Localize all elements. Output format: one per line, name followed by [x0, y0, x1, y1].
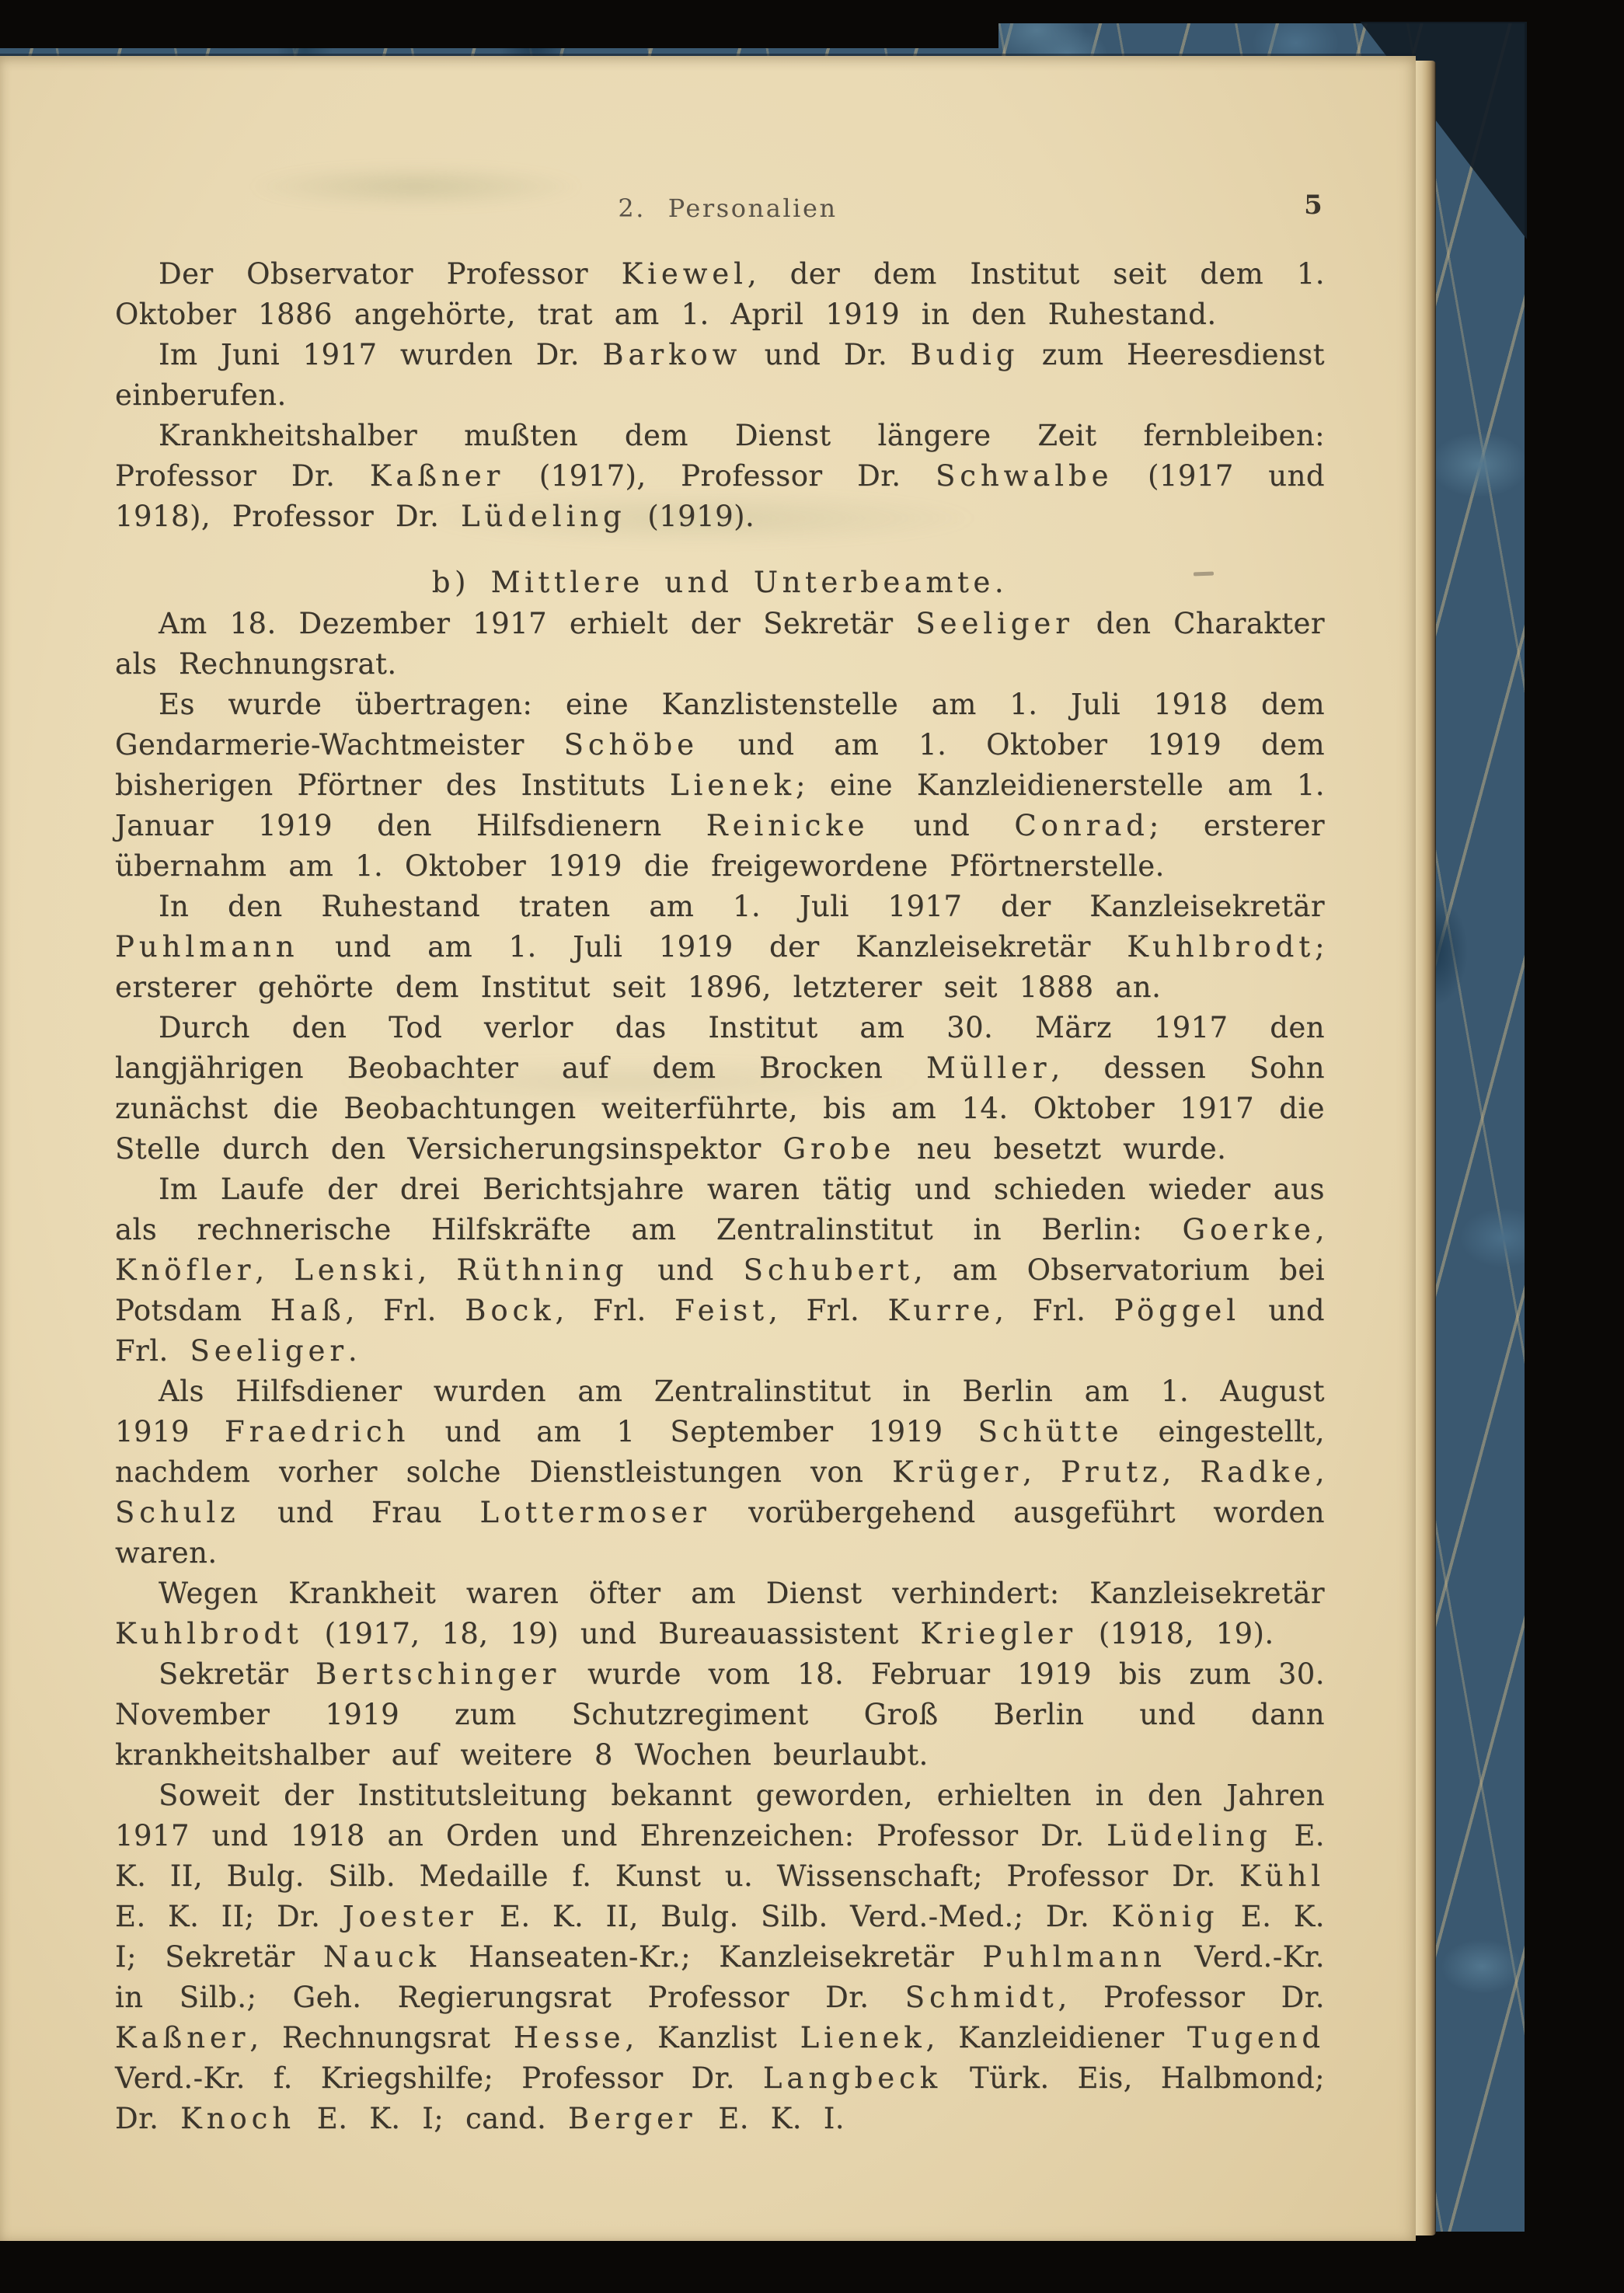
paragraph: Durch den Tod verlor das Institut am 30.… [115, 1008, 1325, 1169]
person-name: Bertschinger [315, 1657, 560, 1691]
text-run: und Dr. [741, 338, 910, 371]
person-name: Knoch [180, 2102, 295, 2135]
person-name: Lienek [800, 2021, 926, 2054]
book-page: 2. Personalien 5 Der Observator Professo… [0, 56, 1416, 2241]
page-stack-edge [1416, 61, 1436, 2236]
paragraph: Der Observator Professor Kiewel, der dem… [115, 254, 1325, 335]
person-name: Schöbe [564, 728, 699, 761]
person-name: Kaßner [370, 459, 504, 493]
person-name: Seeliger [190, 1334, 347, 1368]
person-name: Kiewel [622, 257, 748, 291]
page-number: 5 [1286, 190, 1340, 221]
paragraph: Im Laufe der drei Berichtsjahre waren tä… [115, 1169, 1325, 1371]
person-name: Schubert [744, 1253, 914, 1287]
text-run: Der Observator Professor [159, 257, 622, 291]
text-run: Hanseaten-Kr.; Kanzleisekretär [441, 1940, 982, 1974]
person-name: Hesse [514, 2021, 626, 2054]
paragraph: Am 18. Dezember 1917 erhielt der Sekretä… [115, 604, 1325, 685]
text-run: Im Juni 1917 wurden Dr. [159, 338, 602, 371]
text-run: , Frl. [995, 1294, 1114, 1327]
text-run: und [869, 809, 1014, 842]
person-name: Krüger [892, 1455, 1023, 1489]
person-name: Kriegler [920, 1617, 1077, 1650]
text-run: Verd.-Kr. f. Kriegshilfe; Professor Dr. [115, 2061, 763, 2095]
person-name: Lüdeling [1106, 1819, 1272, 1852]
person-name: König [1112, 1900, 1219, 1933]
text-run: und am 1 September 1919 [409, 1415, 978, 1448]
text-run: E. K. I. [697, 2102, 845, 2135]
paragraph: Soweit der Institutsleitung bekannt gewo… [115, 1776, 1325, 2139]
text-run: , Rechnungsrat [249, 2021, 513, 2054]
text-run: , [417, 1253, 456, 1287]
page-body-text: Der Observator Professor Kiewel, der dem… [115, 254, 1325, 2139]
person-name: Kurre [888, 1294, 995, 1327]
text-run: und am 1. Juli 1919 der Kanzleisekretär [299, 930, 1127, 964]
running-header: 2. Personalien [115, 193, 1325, 224]
person-name: Kaßner [115, 2021, 249, 2054]
person-name: Fraedrich [225, 1415, 409, 1448]
text-run: , [255, 1253, 294, 1287]
person-name: Berger [568, 2102, 697, 2135]
text-run: , [1162, 1455, 1200, 1489]
text-run: E. K. I; cand. [295, 2102, 568, 2135]
person-name: Radke [1200, 1455, 1315, 1489]
text-run: In den Ruhestand traten am 1. Juli 1917 … [159, 890, 1325, 923]
text-run: und Frau [240, 1496, 480, 1529]
text-run: , Professor Dr. [1058, 1981, 1325, 2014]
person-name: Goerke [1183, 1213, 1316, 1246]
text-run: , Frl. [768, 1294, 888, 1327]
text-run: und [628, 1253, 743, 1287]
paragraph: Als Hilfsdiener wurden am Zentralinstitu… [115, 1371, 1325, 1573]
person-name: Haß [270, 1294, 346, 1327]
text-run: , Kanzlist [625, 2021, 800, 2054]
person-name: Nauck [323, 1940, 441, 1974]
person-name: Conrad [1014, 809, 1148, 842]
person-name: Feist [674, 1294, 768, 1327]
person-name: Pöggel [1114, 1294, 1240, 1327]
paragraph-group-top: Der Observator Professor Kiewel, der dem… [115, 254, 1325, 537]
text-run: E. K. II, Bulg. Silb. Verd.-Med.; Dr. [478, 1900, 1112, 1933]
text-run: neu besetzt wurde. [895, 1132, 1226, 1166]
paragraph: Im Juni 1917 wurden Dr. Barkow und Dr. B… [115, 335, 1325, 416]
text-run: Wegen Krankheit waren öfter am Dienst ve… [159, 1577, 1325, 1610]
person-name: Lenski [294, 1253, 417, 1287]
person-name: Puhlmann [115, 930, 299, 964]
person-name: Schütte [978, 1415, 1124, 1448]
person-name: Kuhlbrodt [1127, 930, 1315, 964]
text-run: , Frl. [346, 1294, 465, 1327]
paragraph: In den Ruhestand traten am 1. Juli 1917 … [115, 887, 1325, 1008]
person-name: Seeliger [915, 607, 1073, 640]
person-name: Tugend [1187, 2021, 1325, 2054]
paragraph: Es wurde übertragen: eine Kanzlistenstel… [115, 685, 1325, 887]
text-run: (1919). [626, 500, 755, 533]
text-run: (1917, 18, 19) und Bureauassistent [303, 1617, 921, 1650]
person-name: Kuhlbrodt [115, 1617, 303, 1650]
person-name: Kühl [1239, 1859, 1325, 1893]
person-name: Bock [465, 1294, 555, 1327]
stray-mark [1194, 572, 1214, 577]
text-run: Am 18. Dezember 1917 erhielt der Sekretä… [159, 607, 915, 640]
running-header-section: 2. Personalien [618, 193, 837, 223]
person-name: Müller [926, 1051, 1051, 1085]
text-run: , [1316, 1213, 1325, 1246]
person-name: Knöfler [115, 1253, 255, 1287]
paragraph: Krankheitshalber mußten dem Dienst länge… [115, 416, 1325, 537]
text-run: Sekretär [159, 1657, 315, 1691]
person-name: Schulz [115, 1496, 240, 1529]
scan-shadow-top [0, 0, 998, 48]
person-name: Joester [343, 1900, 478, 1933]
text-run: , [1316, 1455, 1325, 1489]
person-name: Barkow [602, 338, 741, 371]
person-name: Rüthning [456, 1253, 628, 1287]
person-name: Prutz [1061, 1455, 1162, 1489]
person-name: Reinicke [706, 809, 870, 842]
person-name: Grobe [783, 1132, 896, 1166]
person-name: Puhlmann [982, 1940, 1166, 1974]
text-run: Im Laufe der drei Berichtsjahre waren tä… [115, 1173, 1325, 1246]
subsection-heading: b) Mittlere und Unterbeamte. [115, 563, 1325, 603]
person-name: Budig [911, 338, 1019, 371]
text-run: (1917), Professor Dr. [504, 459, 936, 493]
text-run: (1918, 19). [1077, 1617, 1274, 1650]
person-name: Schwalbe [936, 459, 1113, 493]
paragraph-group-bottom: Am 18. Dezember 1917 erhielt der Sekretä… [115, 604, 1325, 2139]
person-name: Lottermoser [479, 1496, 710, 1529]
person-name: Lüdeling [461, 500, 626, 533]
paragraph: Sekretär Bertschinger wurde vom 18. Febr… [115, 1654, 1325, 1776]
text-run: E. K. II; Dr. [115, 1900, 343, 1933]
text-run: , Kanzleidiener [926, 2021, 1187, 2054]
text-run: . [348, 1334, 357, 1368]
text-run: , [1023, 1455, 1061, 1489]
paragraph: Wegen Krankheit waren öfter am Dienst ve… [115, 1573, 1325, 1654]
scan-background: 2. Personalien 5 Der Observator Professo… [0, 0, 1624, 2293]
person-name: Lienek [670, 768, 796, 802]
text-run: , Frl. [556, 1294, 675, 1327]
person-name: Langbeck [763, 2061, 942, 2095]
person-name: Schmidt [905, 1981, 1058, 2014]
